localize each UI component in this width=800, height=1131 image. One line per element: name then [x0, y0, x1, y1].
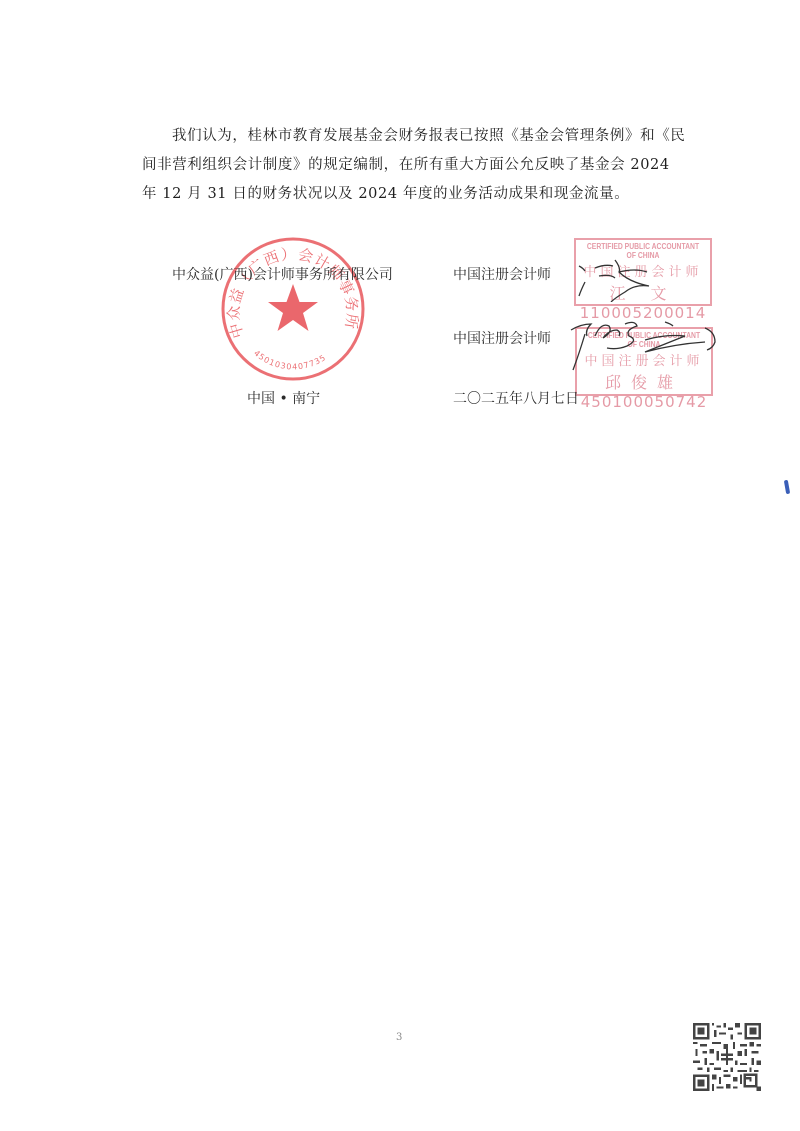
firm-name: 中众益(广西)会计师事务所有限公司 [172, 264, 393, 284]
cpa-label-1: 中国注册会计师 [453, 264, 551, 284]
qr-code[interactable] [693, 1023, 761, 1091]
opinion-paragraph: 我们认为，桂林市教育发展基金会财务报表已按照《基金会管理条例》和《民 间非营利组… [142, 122, 672, 209]
paragraph-line-1: 我们认为，桂林市教育发展基金会财务报表已按照《基金会管理条例》和《民 [142, 122, 672, 151]
firm-seal: 中众益（广西）会计师事务所有限公司 4501030407735 [220, 236, 366, 382]
seal-number: 4501030407735 [252, 349, 328, 372]
paragraph-line-3: 年 12 月 31 日的财务状况以及 2024 年度的业务活动成果和现金流量。 [142, 180, 672, 209]
seal-text: 中众益（广西）会计师事务所有限公司 [220, 236, 361, 340]
signature-2 [565, 316, 725, 374]
cpa-stamp-number: 450100050742 [577, 393, 711, 411]
report-date: 二〇二五年八月七日 [453, 388, 579, 408]
ink-mark [784, 480, 790, 494]
star-icon [268, 284, 318, 331]
signature-1 [575, 252, 665, 302]
cpa-label-2: 中国注册会计师 [453, 328, 551, 348]
paragraph-line-2: 间非营利组织会计制度》的规定编制，在所有重大方面公允反映了基金会 2024 [142, 151, 672, 180]
page-number: 3 [396, 1032, 402, 1043]
location: 中国 • 南宁 [247, 388, 320, 408]
